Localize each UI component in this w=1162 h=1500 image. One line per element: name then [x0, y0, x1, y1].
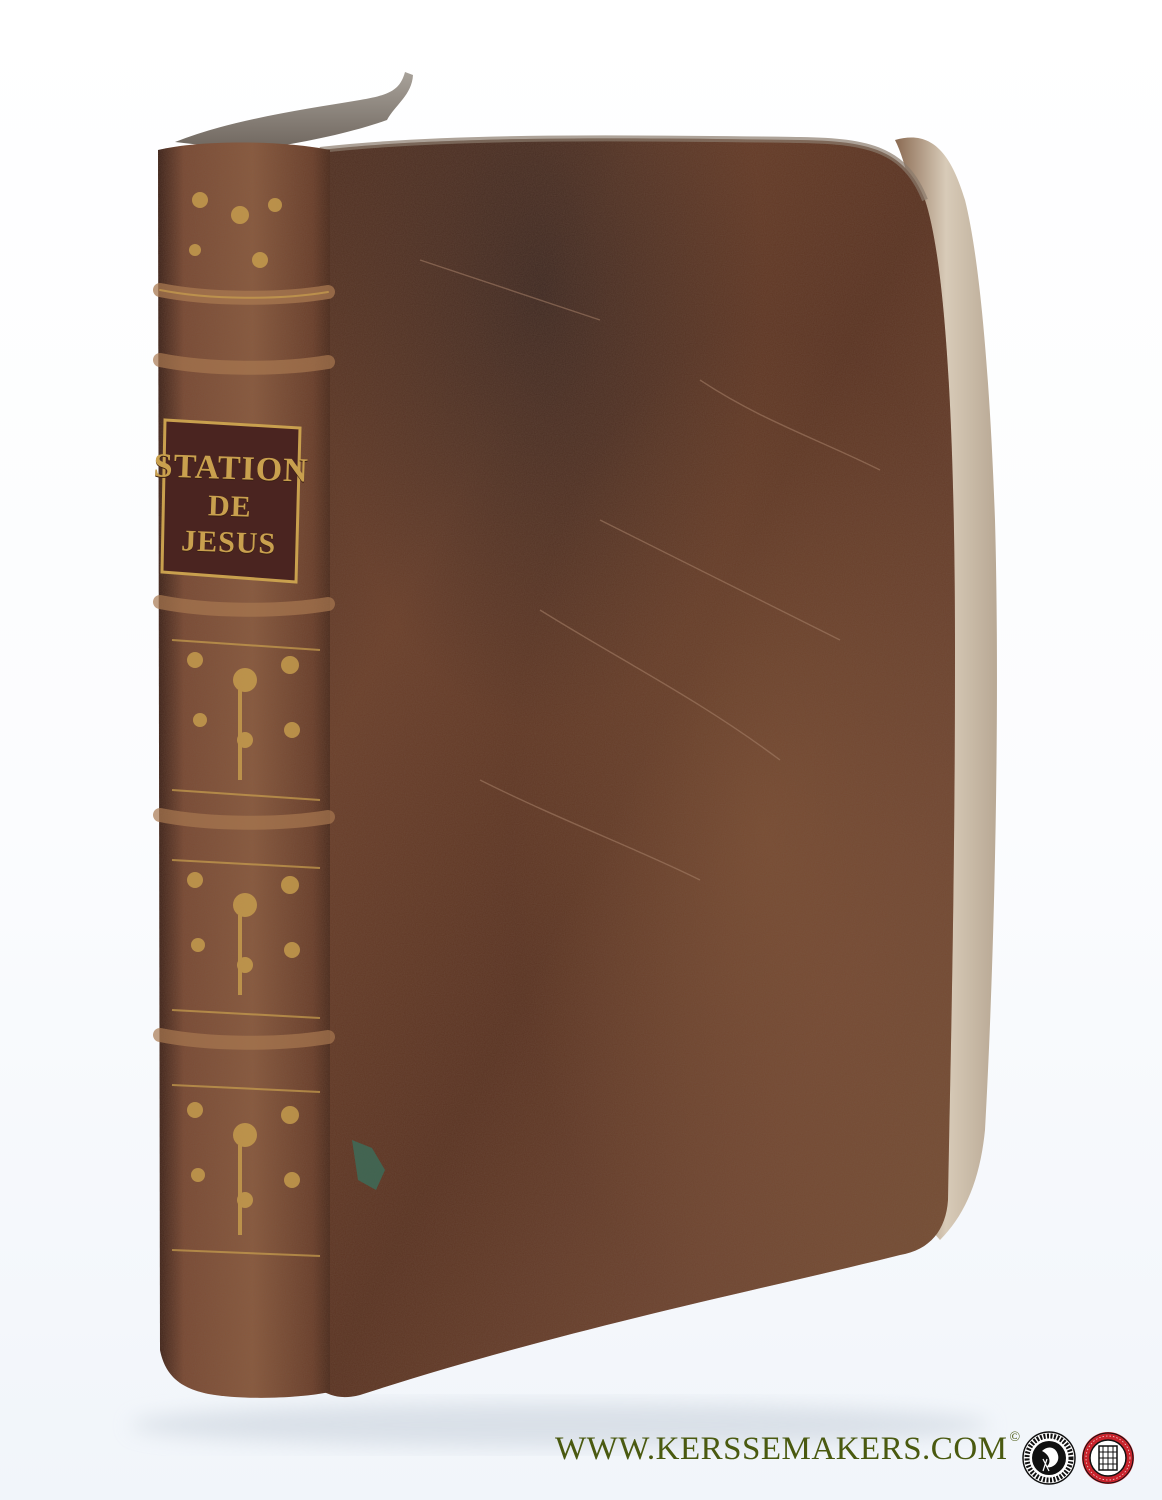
- nva-logo-icon: [1022, 1431, 1076, 1485]
- copyright-symbol: ©: [1010, 1431, 1021, 1445]
- watermark-url: WWW.KERSSEMAKERS.COM ©: [555, 1433, 1021, 1466]
- ilab-logo-icon: [1081, 1431, 1135, 1485]
- spine-title-line-3: JESUS: [181, 523, 277, 562]
- torn-headcap: [175, 72, 413, 150]
- spine-title-line-1: STATION: [153, 446, 309, 491]
- book-illustration: [0, 0, 1162, 1500]
- spine-title-line-2: DE: [207, 488, 252, 526]
- watermark-text: WWW.KERSSEMAKERS.COM: [555, 1433, 1008, 1466]
- spine-title: STATION DE JESUS: [163, 430, 298, 579]
- product-photo: STATION DE JESUS: [0, 0, 1162, 1500]
